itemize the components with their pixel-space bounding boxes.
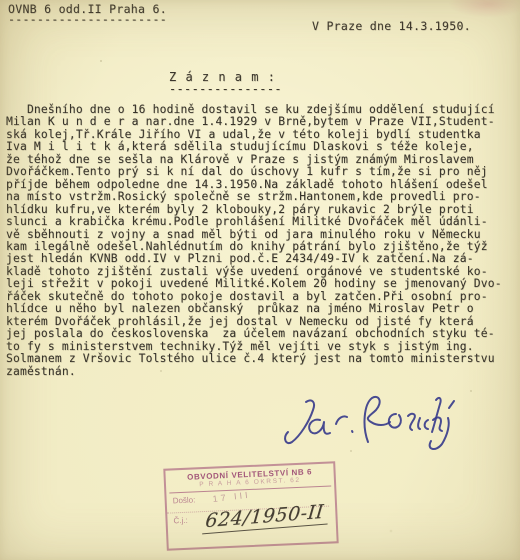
- arrival-stamp: OBVODNÍ VELITELSTVÍ NB 6 P R A H A 6 OKR…: [163, 461, 338, 550]
- stamp-received-label: Došlo:: [173, 495, 196, 505]
- signature-stroke: [336, 416, 347, 424]
- signature-stroke: [449, 401, 454, 408]
- signature-stroke: [408, 414, 415, 430]
- scanned-record-document: OVNB 6 odd.II Praha 6. -----------------…: [0, 0, 520, 560]
- signature-stroke: [389, 414, 401, 428]
- body-line: zaměstnán.: [6, 366, 518, 378]
- paper-speckles: [100, 60, 102, 62]
- place-date-line: V Praze dne 14.3.1950.: [312, 19, 471, 33]
- body-line: leji střežit v pokoji uvedené Militké.Ko…: [6, 278, 518, 290]
- signature-stroke: [430, 418, 449, 449]
- ink-smudge: [448, 0, 520, 18]
- record-title-underline: ---------------: [169, 82, 282, 96]
- stamp-received-date: 17 III: [212, 490, 251, 504]
- body-line: Iva M i l i t k á,která sdělila studujíc…: [6, 141, 518, 153]
- record-body-text: Dnešního dne o 16 hodině dostavil se ku …: [6, 104, 518, 378]
- body-line: jej poslala do československa za účelem …: [6, 328, 518, 340]
- body-line: Dvořáčkem.Tento prý si k ní dal do úscho…: [6, 166, 518, 178]
- signature-stroke: [352, 431, 353, 432]
- signature-stroke: [425, 420, 428, 429]
- body-line: na místo vstržm.Rosický společně se strž…: [6, 191, 518, 203]
- body-line: slunci a krabička krému.Podle prohlášení…: [6, 216, 518, 228]
- office-designation-underline: ----------------------: [8, 12, 167, 26]
- body-line: hlídce u něho byl nalezen občanský průka…: [6, 303, 518, 315]
- stamp-ref-label: Č.j.:: [173, 516, 188, 526]
- signature-stroke: [365, 397, 390, 442]
- body-line: Solmanem z Vršovic Tolstého ulice č.4 kt…: [6, 353, 518, 365]
- signature-stroke: [418, 418, 420, 429]
- handwritten-signature: Jar. Rosický: [276, 386, 456, 458]
- signature-stroke: [309, 420, 330, 434]
- signature-stroke: [285, 400, 314, 443]
